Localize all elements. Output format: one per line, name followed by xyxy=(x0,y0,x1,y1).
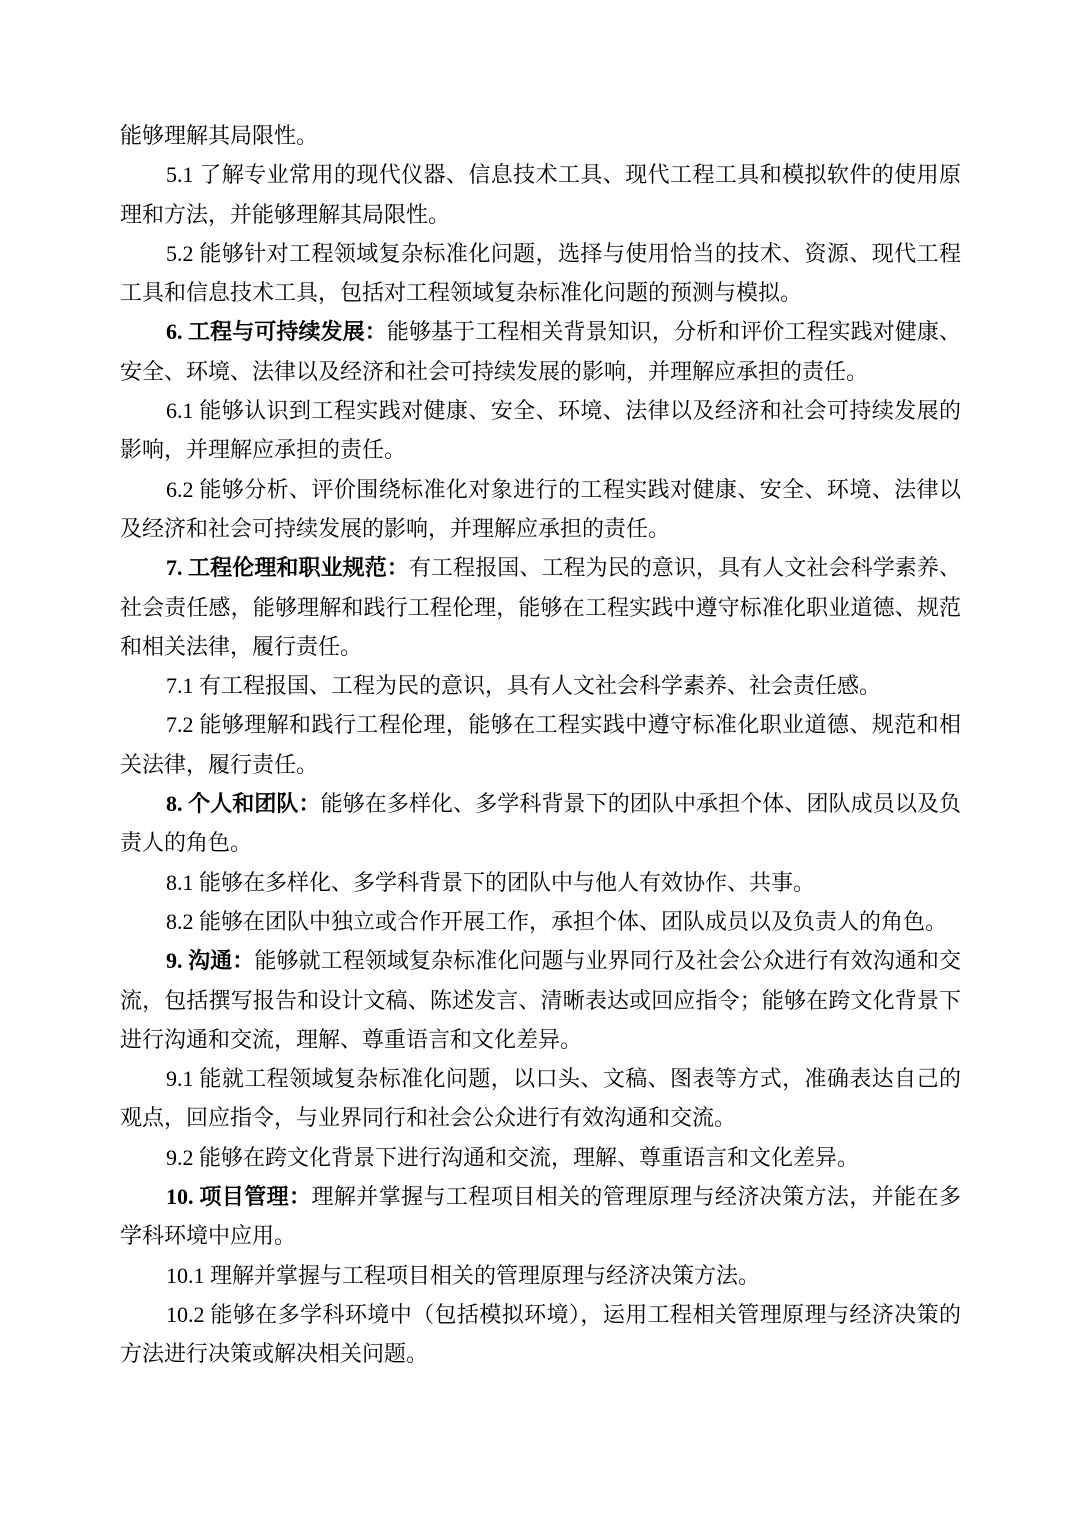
paragraph: 7.1 有工程报国、工程为民的意识，具有人文社会科学素养、社会责任感。 xyxy=(120,666,961,705)
paragraph-text: 5.2 能够针对工程领域复杂标准化问题，选择与使用恰当的技术、资源、现代工程工具… xyxy=(120,241,961,305)
paragraph: 能够理解其局限性。 xyxy=(120,116,961,155)
section-paragraph: 9. 沟通：能够就工程领域复杂标准化问题与业界同行及社会公众进行有效沟通和交流，… xyxy=(120,941,961,1059)
section-paragraph: 8. 个人和团队：能够在多样化、多学科背景下的团队中承担个体、团队成员以及负责人… xyxy=(120,784,961,863)
section-heading: 6. 工程与可持续发展： xyxy=(166,319,387,344)
section-heading: 9. 沟通： xyxy=(166,948,254,973)
section-heading: 10. 项目管理： xyxy=(166,1184,311,1209)
paragraph-text: 7.1 有工程报国、工程为民的意识，具有人文社会科学素养、社会责任感。 xyxy=(166,673,881,698)
document-page: 能够理解其局限性。5.1 了解专业常用的现代仪器、信息技术工具、现代工程工具和模… xyxy=(0,0,1080,1521)
paragraph: 6.1 能够认识到工程实践对健康、安全、环境、法律以及经济和社会可持续发展的影响… xyxy=(120,391,961,470)
paragraph-text: 6.2 能够分析、评价围绕标准化对象进行的工程实践对健康、安全、环境、法律以及经… xyxy=(120,477,961,541)
paragraph: 9.2 能够在跨文化背景下进行沟通和交流，理解、尊重语言和文化差异。 xyxy=(120,1138,961,1177)
paragraph-text: 5.1 了解专业常用的现代仪器、信息技术工具、现代工程工具和模拟软件的使用原理和… xyxy=(120,162,961,226)
paragraph-text: 能够理解其局限性。 xyxy=(120,123,318,148)
paragraph-text: 8.2 能够在团队中独立或合作开展工作，承担个体、团队成员以及负责人的角色。 xyxy=(166,909,947,934)
paragraph-text: 10.2 能够在多学科环境中（包括模拟环境），运用工程相关管理原理与经济决策的方… xyxy=(120,1302,961,1366)
paragraph-text: 10.1 理解并掌握与工程项目相关的管理原理与经济决策方法。 xyxy=(166,1263,760,1288)
paragraph: 8.1 能够在多样化、多学科背景下的团队中与他人有效协作、共事。 xyxy=(120,863,961,902)
document-body: 能够理解其局限性。5.1 了解专业常用的现代仪器、信息技术工具、现代工程工具和模… xyxy=(120,116,961,1374)
paragraph: 6.2 能够分析、评价围绕标准化对象进行的工程实践对健康、安全、环境、法律以及经… xyxy=(120,470,961,549)
section-heading: 7. 工程伦理和职业规范： xyxy=(166,555,409,580)
paragraph: 10.1 理解并掌握与工程项目相关的管理原理与经济决策方法。 xyxy=(120,1256,961,1295)
paragraph-text: 9.1 能就工程领域复杂标准化问题，以口头、文稿、图表等方式，准确表达自己的观点… xyxy=(120,1066,961,1130)
section-paragraph: 7. 工程伦理和职业规范：有工程报国、工程为民的意识，具有人文社会科学素养、社会… xyxy=(120,548,961,666)
paragraph: 10.2 能够在多学科环境中（包括模拟环境），运用工程相关管理原理与经济决策的方… xyxy=(120,1295,961,1374)
paragraph: 7.2 能够理解和践行工程伦理，能够在工程实践中遵守标准化职业道德、规范和相关法… xyxy=(120,705,961,784)
paragraph-text: 9.2 能够在跨文化背景下进行沟通和交流，理解、尊重语言和文化差异。 xyxy=(166,1145,859,1170)
paragraph-text: 6.1 能够认识到工程实践对健康、安全、环境、法律以及经济和社会可持续发展的影响… xyxy=(120,398,961,462)
section-paragraph: 6. 工程与可持续发展：能够基于工程相关背景知识，分析和评价工程实践对健康、安全… xyxy=(120,312,961,391)
paragraph: 9.1 能就工程领域复杂标准化问题，以口头、文稿、图表等方式，准确表达自己的观点… xyxy=(120,1059,961,1138)
paragraph-text: 8.1 能够在多样化、多学科背景下的团队中与他人有效协作、共事。 xyxy=(166,870,815,895)
paragraph: 5.1 了解专业常用的现代仪器、信息技术工具、现代工程工具和模拟软件的使用原理和… xyxy=(120,155,961,234)
section-paragraph: 10. 项目管理：理解并掌握与工程项目相关的管理原理与经济决策方法，并能在多学科… xyxy=(120,1177,961,1256)
paragraph: 5.2 能够针对工程领域复杂标准化问题，选择与使用恰当的技术、资源、现代工程工具… xyxy=(120,234,961,313)
paragraph: 8.2 能够在团队中独立或合作开展工作，承担个体、团队成员以及负责人的角色。 xyxy=(120,902,961,941)
paragraph-text: 7.2 能够理解和践行工程伦理，能够在工程实践中遵守标准化职业道德、规范和相关法… xyxy=(120,712,961,776)
section-heading: 8. 个人和团队： xyxy=(166,791,321,816)
